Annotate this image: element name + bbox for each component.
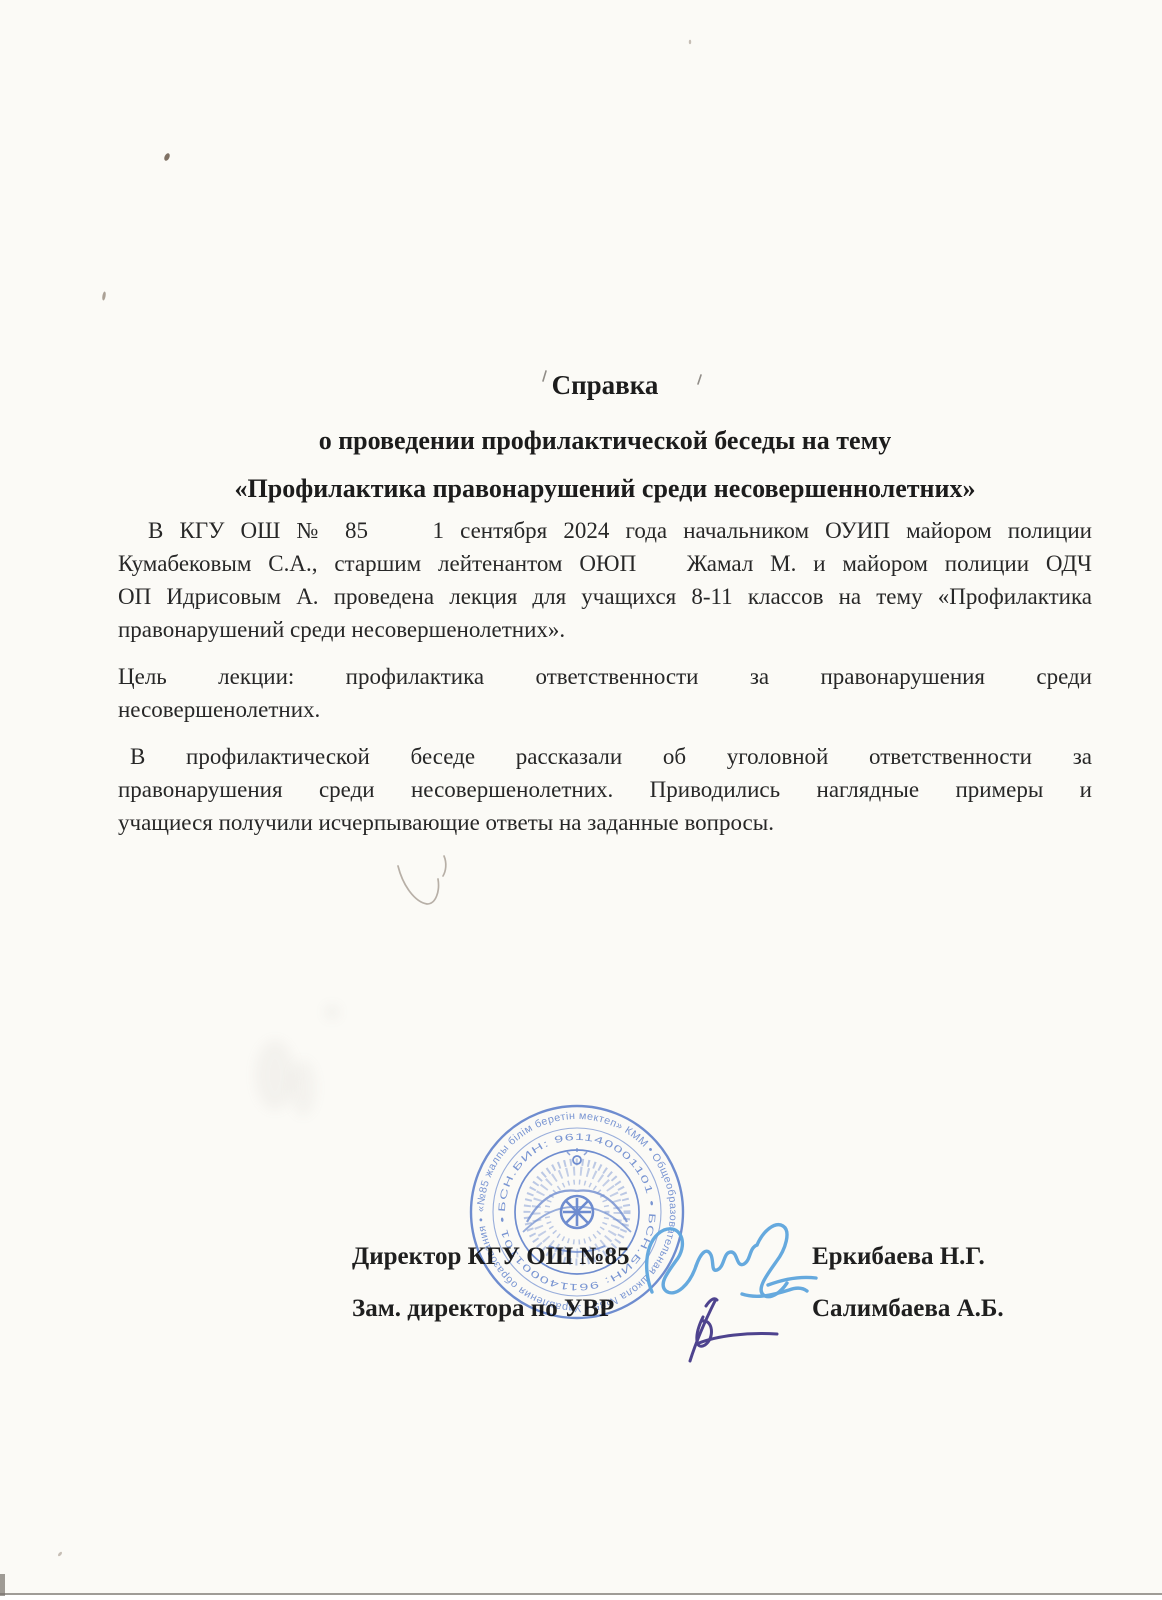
signature-row-director: Директор КГУ ОШ №85 Еркибаева Н.Г.: [118, 1243, 1092, 1276]
paragraph-line: несовершенолетних.: [118, 693, 1092, 726]
paragraph: В КГУ ОШ № 85 1 сентября 2024 года начал…: [118, 514, 1092, 646]
deputy-name: Салимбаева А.Б.: [812, 1295, 1004, 1323]
document-body: Справка о проведении профилактической бе…: [118, 368, 1092, 1347]
document-paragraphs: В КГУ ОШ № 85 1 сентября 2024 года начал…: [118, 514, 1092, 839]
paragraph-line: ОП Идрисовым А. проведена лекция для уча…: [118, 580, 1092, 613]
paragraph-line: правонарушения среди несовершенолетних. …: [118, 773, 1092, 806]
scan-smudge: [290, 1060, 316, 1116]
signature-block: Директор КГУ ОШ №85 Еркибаева Н.Г. Зам. …: [118, 1243, 1092, 1328]
paragraph-line: Цель лекции: профилактика ответственност…: [118, 660, 1092, 693]
scan-edge-strip: [0, 1595, 1162, 1600]
scanned-document-page: Справка о проведении профилактической бе…: [0, 0, 1162, 1600]
deputy-role-label: Зам. директора по УВР: [352, 1295, 614, 1323]
paragraph-line: В КГУ ОШ № 85 1 сентября 2024 года начал…: [118, 514, 1092, 547]
paragraph-line: учащиеся получили исчерпывающие ответы н…: [118, 806, 1092, 839]
scan-smudge: [255, 1040, 295, 1110]
paragraph: В профилактической беседе рассказали об …: [118, 740, 1092, 839]
document-subtitle: о проведении профилактической беседы на …: [118, 424, 1092, 458]
director-name: Еркибаева Н.Г.: [812, 1243, 985, 1271]
director-role-label: Директор КГУ ОШ №85: [352, 1243, 630, 1271]
paragraph-line: В профилактической беседе рассказали об …: [118, 740, 1092, 773]
scan-smudge: [325, 1005, 339, 1019]
document-topic: «Профилактика правонарушений среди несов…: [118, 472, 1092, 506]
document-headings: Справка о проведении профилактической бе…: [118, 368, 1092, 506]
paragraph-line: правонарушений среди несовершенолетних».: [118, 613, 1092, 646]
signature-row-deputy: Зам. директора по УВР Салимбаева А.Б.: [118, 1295, 1092, 1328]
document-title: Справка: [118, 368, 1092, 402]
paragraph: Цель лекции: профилактика ответственност…: [118, 660, 1092, 726]
paragraph-line: Кумабековым С.А., старшим лейтенантом ОЮ…: [118, 547, 1092, 580]
scan-corner-mark: [0, 1574, 5, 1596]
